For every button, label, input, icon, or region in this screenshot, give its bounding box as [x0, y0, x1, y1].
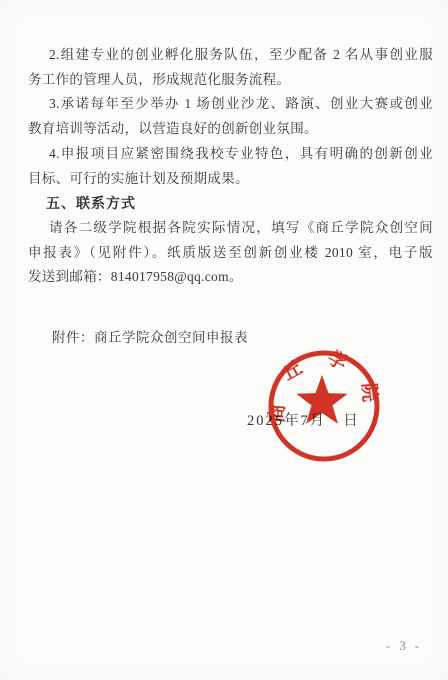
body-line: 申报表》（见附件）。纸质版送至创新创业楼 2010 室，电子版: [28, 241, 433, 266]
page-number: - 3 -: [386, 639, 422, 654]
body-line: 发送到邮箱：814017958@qq.com。: [28, 265, 433, 290]
seal-star-icon: [296, 375, 347, 424]
body-line: 3.承诺每年至少举办 1 场创业沙龙、路演、创业大赛或创业: [28, 92, 433, 117]
body-line: 教育培训等活动，以营造良好的创新创业氛围。: [28, 117, 433, 142]
body-line: 请各二级学院根据各院实际情况，填写《商丘学院众创空间: [28, 216, 433, 241]
document-body: 2.组建专业的创业孵化服务队伍，至少配备 2 名从事创业服 务工作的管理人员，形…: [28, 43, 433, 290]
document-page: 2.组建专业的创业孵化服务队伍，至少配备 2 名从事创业服 务工作的管理人员，形…: [0, 0, 448, 680]
body-line: 4.申报项目应紧密围绕我校专业特色，具有明确的创新创业: [28, 142, 433, 167]
body-line: 2.组建专业的创业孵化服务队伍，至少配备 2 名从事创业服: [28, 43, 433, 68]
body-line: 目标、可行的实施计划及预期成果。: [28, 167, 433, 192]
body-line: 务工作的管理人员，形成规范化服务流程。: [28, 68, 433, 93]
section-heading: 五、联系方式: [28, 191, 433, 216]
official-seal: 商丘学院: [262, 344, 386, 468]
